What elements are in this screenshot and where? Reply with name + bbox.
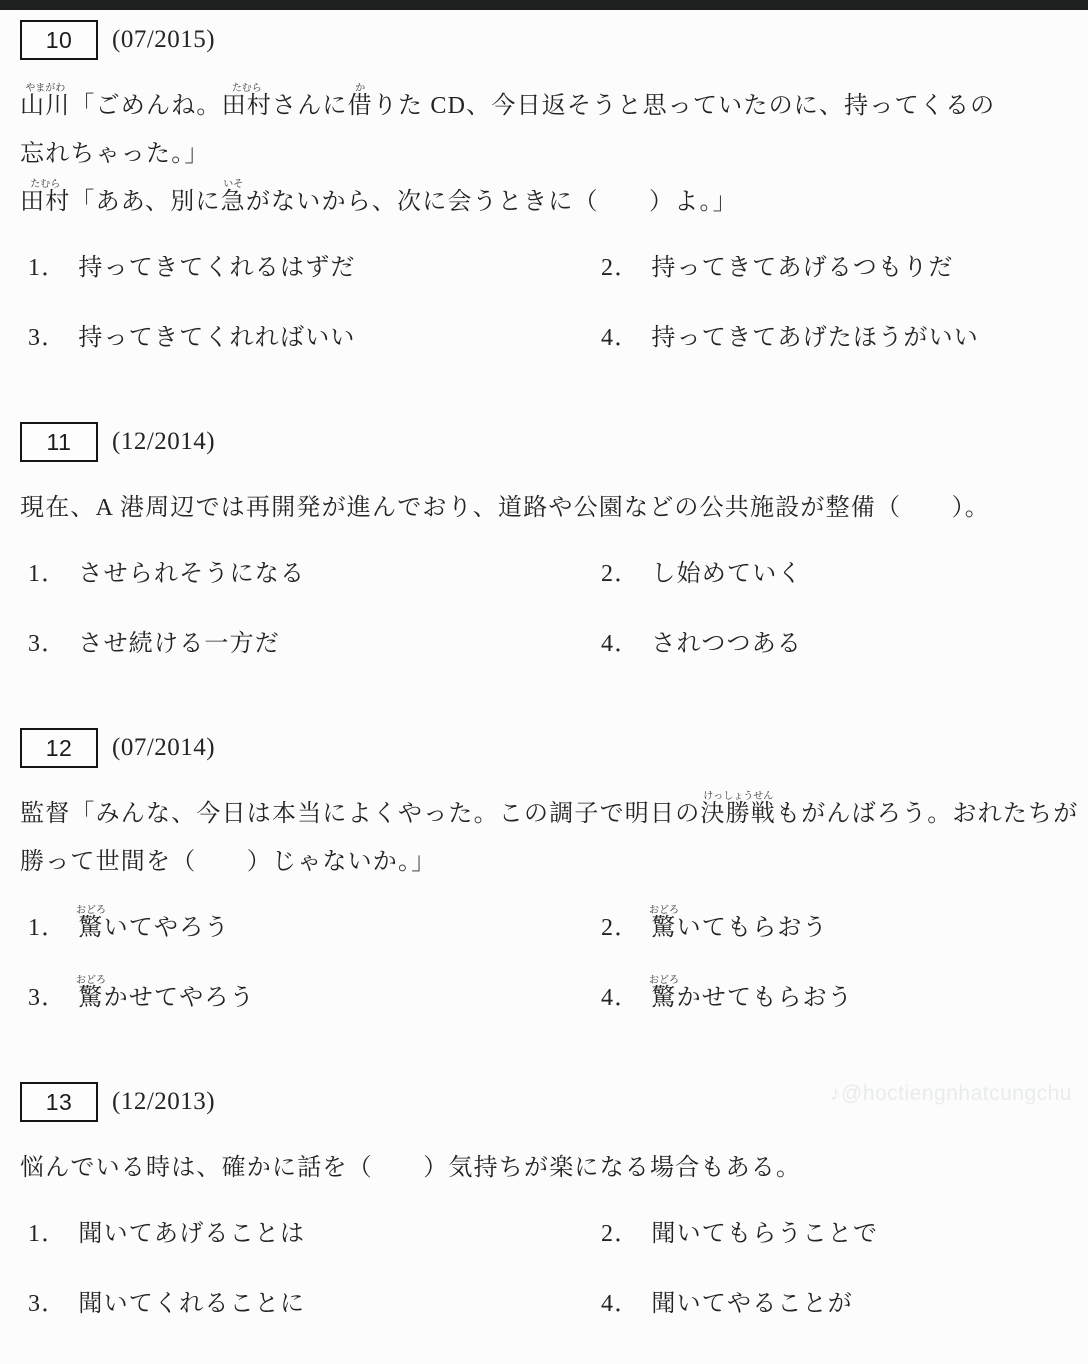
- ruby-annotated-word: 決勝戦けっしょうせん: [700, 801, 776, 827]
- answer-option-2: 2．驚おどろいてもらおう: [593, 904, 1068, 952]
- question-date: (07/2014): [112, 734, 215, 762]
- option-label: 驚おどろかせてもらおう: [651, 985, 853, 1011]
- ruby-annotated-word: 驚おどろ: [651, 915, 676, 941]
- option-number: 1．: [28, 561, 66, 587]
- question-date: (12/2014): [112, 428, 215, 456]
- option-label: させ続ける一方だ: [78, 631, 280, 657]
- option-label: させられそうになる: [78, 561, 305, 587]
- option-number: 1．: [28, 255, 66, 281]
- question-text-line: 監督「みんな、今日は本当によくやった。この調子で明日の決勝戦けっしょうせんもがん…: [20, 790, 1068, 838]
- watermark: ♪@hoctiengnhatcungchu: [830, 1082, 1088, 1106]
- answer-option-2: 2．持ってきてあげるつもりだ: [593, 244, 1068, 292]
- answer-options: 1．させられそうになる2．し始めていく3．させ続ける一方だ4．されつつある: [20, 550, 1068, 668]
- option-label: 驚おどろいてやろう: [78, 915, 229, 941]
- ruby-annotated-word: 驚おどろ: [78, 915, 103, 941]
- answer-option-4: 4．持ってきてあげたほうがいい: [593, 314, 1068, 362]
- option-number: 3．: [28, 1291, 66, 1317]
- answer-options: 1．聞いてあげることは2．聞いてもらうことで3．聞いてくれることに4．聞いてやる…: [20, 1210, 1068, 1328]
- question-number: 11: [47, 429, 72, 456]
- answer-option-1: 1．聞いてあげることは: [20, 1210, 593, 1258]
- question-header: 12 (07/2014): [20, 728, 1068, 768]
- question-text-line: 忘れちゃった。」: [20, 130, 1068, 178]
- answer-option-1: 1．持ってきてくれるはずだ: [20, 244, 593, 292]
- option-number: 3．: [28, 631, 66, 657]
- option-number: 2．: [601, 915, 639, 941]
- question-number: 10: [46, 27, 73, 54]
- question-text: 現在、A 港周辺では再開発が進んでおり、道路や公園などの公共施設が整備（ ）。: [20, 484, 1068, 532]
- option-label: 持ってきてくれるはずだ: [78, 255, 355, 281]
- question-text-line: 悩んでいる時は、確かに話を（ ）気持ちが楽になる場合もある。: [20, 1144, 1068, 1192]
- ruby-annotated-word: 借か: [348, 93, 373, 119]
- question-number-box: 13: [20, 1082, 98, 1122]
- question-block: 12 (07/2014) 監督「みんな、今日は本当によくやった。この調子で明日の…: [20, 728, 1068, 1022]
- question-text-line: 田村たむら「ああ、別に急いそがないから、次に会うときに（ ）よ。」: [20, 178, 1068, 226]
- answer-option-3: 3．させ続ける一方だ: [20, 620, 593, 668]
- option-number: 1．: [28, 915, 66, 941]
- answer-option-2: 2．聞いてもらうことで: [593, 1210, 1068, 1258]
- question-date: (12/2013): [112, 1088, 215, 1116]
- question-block: 10 (07/2015) 山川やまがわ「ごめんね。田村たむらさんに借かりた CD…: [20, 20, 1068, 362]
- option-number: 3．: [28, 325, 66, 351]
- option-label: 聞いてあげることは: [78, 1221, 305, 1247]
- answer-options: 1．驚おどろいてやろう2．驚おどろいてもらおう3．驚おどろかせてやろう4．驚おど…: [20, 904, 1068, 1022]
- question-block: 13 (12/2013) 悩んでいる時は、確かに話を（ ）気持ちが楽になる場合も…: [20, 1082, 1068, 1328]
- answer-option-4: 4．驚おどろかせてもらおう: [593, 974, 1068, 1022]
- option-number: 3．: [28, 985, 66, 1011]
- option-number: 1．: [28, 1221, 66, 1247]
- option-label: 聞いてもらうことで: [651, 1221, 878, 1247]
- answer-options: 1．持ってきてくれるはずだ2．持ってきてあげるつもりだ3．持ってきてくれればいい…: [20, 244, 1068, 362]
- answer-option-2: 2．し始めていく: [593, 550, 1068, 598]
- question-text: 監督「みんな、今日は本当によくやった。この調子で明日の決勝戦けっしょうせんもがん…: [20, 790, 1068, 886]
- option-number: 4．: [601, 325, 639, 351]
- ruby-annotated-word: 驚おどろ: [651, 985, 676, 1011]
- answer-option-1: 1．させられそうになる: [20, 550, 593, 598]
- question-header: 10 (07/2015): [20, 20, 1068, 60]
- option-number: 2．: [601, 1221, 639, 1247]
- ruby-annotated-word: 田村たむら: [222, 93, 272, 119]
- scan-edge-bar: [0, 0, 1088, 10]
- question-number-box: 12: [20, 728, 98, 768]
- option-label: 聞いてくれることに: [78, 1291, 305, 1317]
- option-label: 聞いてやることが: [651, 1291, 853, 1317]
- question-text-line: 山川やまがわ「ごめんね。田村たむらさんに借かりた CD、今日返そうと思っていたの…: [20, 82, 1068, 130]
- option-number: 4．: [601, 631, 639, 657]
- question-number-box: 10: [20, 20, 98, 60]
- option-label: し始めていく: [651, 561, 802, 587]
- ruby-annotated-word: 急いそ: [221, 189, 246, 215]
- option-number: 2．: [601, 561, 639, 587]
- question-date: (07/2015): [112, 26, 215, 54]
- question-number: 12: [46, 735, 73, 762]
- question-text-line: 勝って世間を（ ）じゃないか。」: [20, 838, 1068, 886]
- option-label: されつつある: [651, 631, 802, 657]
- question-text: 悩んでいる時は、確かに話を（ ）気持ちが楽になる場合もある。: [20, 1144, 1068, 1192]
- ruby-annotated-word: 驚おどろ: [78, 985, 103, 1011]
- option-label: 驚おどろかせてやろう: [78, 985, 254, 1011]
- answer-option-4: 4．されつつある: [593, 620, 1068, 668]
- option-number: 4．: [601, 985, 639, 1011]
- option-label: 持ってきてあげたほうがいい: [651, 325, 979, 351]
- answer-option-1: 1．驚おどろいてやろう: [20, 904, 593, 952]
- question-number-box: 11: [20, 422, 98, 462]
- ruby-annotated-word: 田村たむら: [20, 189, 70, 215]
- answer-option-3: 3．持ってきてくれればいい: [20, 314, 593, 362]
- question-number: 13: [46, 1089, 73, 1116]
- option-label: 持ってきてくれればいい: [78, 325, 355, 351]
- option-label: 驚おどろいてもらおう: [651, 915, 827, 941]
- question-text: 山川やまがわ「ごめんね。田村たむらさんに借かりた CD、今日返そうと思っていたの…: [20, 82, 1068, 226]
- worksheet-page: ♪@hoctiengnhatcungchu 10 (07/2015) 山川やまが…: [0, 0, 1088, 1364]
- answer-option-3: 3．聞いてくれることに: [20, 1280, 593, 1328]
- option-number: 2．: [601, 255, 639, 281]
- answer-option-3: 3．驚おどろかせてやろう: [20, 974, 593, 1022]
- answer-option-4: 4．聞いてやることが: [593, 1280, 1068, 1328]
- question-block: 11 (12/2014) 現在、A 港周辺では再開発が進んでおり、道路や公園など…: [20, 422, 1068, 668]
- option-label: 持ってきてあげるつもりだ: [651, 255, 953, 281]
- ruby-annotated-word: 山川やまがわ: [20, 93, 70, 119]
- question-header: 11 (12/2014): [20, 422, 1068, 462]
- question-list: 10 (07/2015) 山川やまがわ「ごめんね。田村たむらさんに借かりた CD…: [0, 0, 1088, 1328]
- question-text-line: 現在、A 港周辺では再開発が進んでおり、道路や公園などの公共施設が整備（ ）。: [20, 484, 1068, 532]
- option-number: 4．: [601, 1291, 639, 1317]
